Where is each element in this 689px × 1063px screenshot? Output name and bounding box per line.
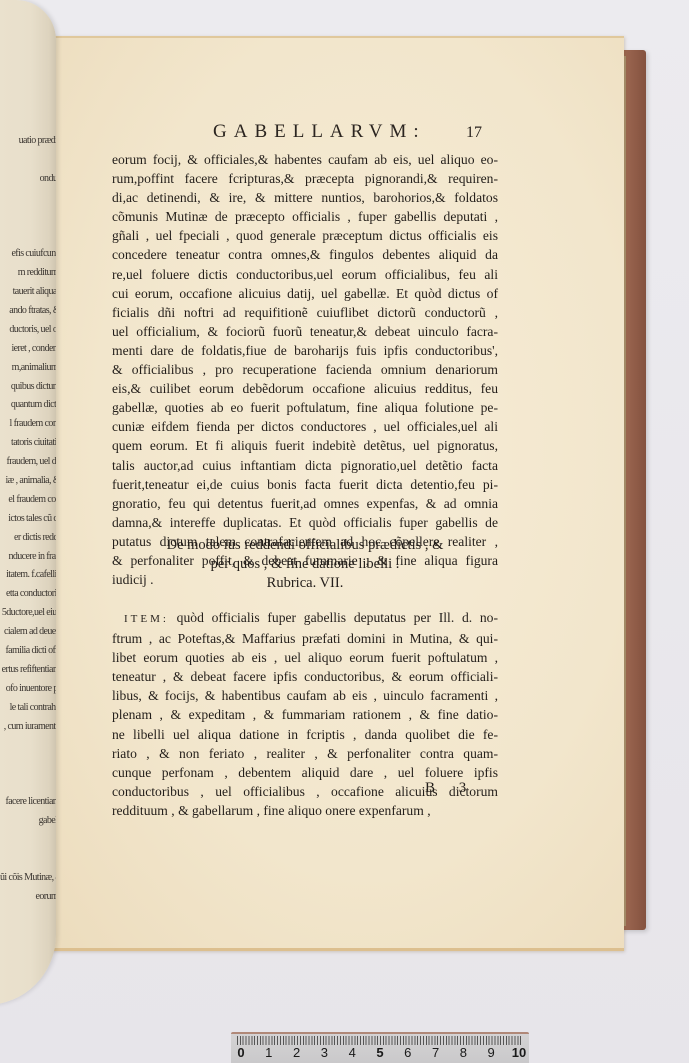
text-line: plenam , & expeditam , & fummariam ratio… <box>112 705 498 724</box>
ruler-label: 2 <box>289 1045 305 1063</box>
left-page-line: ertus refiftentiam <box>0 661 56 680</box>
ruler-label: 6 <box>400 1045 416 1063</box>
left-page-line: quantum dicta <box>0 396 56 415</box>
ruler-label: 1 <box>261 1045 277 1063</box>
left-page-line: fraudem, uel de <box>0 453 56 472</box>
left-page-line: el fraudem con <box>0 491 56 510</box>
paragraph-1: eorum focij, & officiales,& habentes cau… <box>112 150 498 589</box>
text-line: teneatur , & debeat facere ipfis conduct… <box>112 667 498 686</box>
text-line: ficialis dñi noftri ad requifitionẽ cuiu… <box>112 303 498 322</box>
left-page-line: etta conductoris <box>0 585 56 604</box>
text-line: reddituum , & gabellarum , fine aliquo o… <box>112 801 498 820</box>
left-page-line: efis cuiufcunq <box>0 245 56 264</box>
text-line: uel officialium, & fociorũ fuorũ teneatu… <box>112 322 498 341</box>
ruler-labels: 012345678910 <box>233 1045 527 1063</box>
left-page-line: m redditum, <box>0 264 56 283</box>
left-page-line <box>0 850 56 869</box>
text-line: re,uel foluere dictis conductoribus,uel … <box>112 265 498 284</box>
text-line: riato , & non feriato , realiter , & per… <box>112 744 498 763</box>
left-page-line: ondu- <box>0 170 56 189</box>
left-page-line: ando ftratas, & <box>0 302 56 321</box>
ruler-label: 4 <box>344 1045 360 1063</box>
scale-ruler: 012345678910 <box>231 1032 529 1063</box>
left-page-line <box>0 774 56 793</box>
left-page-text-fragments: uatio prædi-ondu-efis cuiufcunqm redditu… <box>0 132 56 907</box>
left-page-line <box>0 737 56 756</box>
ruler-label: 8 <box>455 1045 471 1063</box>
left-page-line: l fraudem com <box>0 415 56 434</box>
left-page-line: ũi cõis Mutinæ, & <box>0 869 56 888</box>
left-page-line: 5ductore,uel eius <box>0 604 56 623</box>
left-page-line <box>0 831 56 850</box>
left-page-line <box>0 226 56 245</box>
text-line: ne libelli uel aliqua datione in fcripti… <box>112 725 498 744</box>
left-page-line: ductoris, uel of <box>0 321 56 340</box>
left-page-line <box>0 151 56 170</box>
ruler-label: 7 <box>428 1045 444 1063</box>
left-page-line <box>0 189 56 208</box>
running-head: GABELLARVM: <box>213 121 426 143</box>
left-page-line: itatem. f.cafellis <box>0 566 56 585</box>
left-page-line: iæ , animalia, & <box>0 472 56 491</box>
text-line: gabellæ, quoties ab eo fuerit poftulatum… <box>112 398 498 417</box>
text-line: menti dare de foldatis,fiue de barohariј… <box>112 341 498 360</box>
left-page-line: ofo inuentore pi <box>0 680 56 699</box>
text-line: quem eorum. Et fi aliquis fuerit indebit… <box>112 436 498 455</box>
left-page-line: quibus dictum <box>0 378 56 397</box>
text-line: libus, & focijs, & habentibus caufam ab … <box>112 686 498 705</box>
text-span: quòd officialis fuper gabellis deputatus… <box>169 610 498 625</box>
rubric-heading: De modo ius reddendi officialibus prædic… <box>112 536 498 593</box>
signature-mark: B 3 <box>425 780 476 797</box>
left-page-line: , cum iuramento <box>0 718 56 737</box>
text-line: concedere teneatur contra omnes,& fingul… <box>112 245 498 264</box>
paragraph-lead-word: ITEM: <box>124 613 169 625</box>
rubric-line: De modo ius reddendi officialibus prædic… <box>112 536 498 555</box>
text-line: damna,& intereffe duplicatas. Et quòd of… <box>112 513 498 532</box>
left-page-line: m,animalium, <box>0 359 56 378</box>
text-line: ftrum , ac Poteftas,& Maffarius præfati … <box>112 629 498 648</box>
left-page-line: facere licentiam <box>0 793 56 812</box>
text-line: cõmunis Mutinæ de præcepto officialis , … <box>112 207 498 226</box>
left-page-line: le tali contraho <box>0 699 56 718</box>
left-page-line: ictos tales cũ di <box>0 510 56 529</box>
left-page-line: er dictis reddi <box>0 529 56 548</box>
ruler-label: 3 <box>316 1045 332 1063</box>
text-line: fuerit,teneatur ei,de cuius bonis facta … <box>112 475 498 494</box>
left-page-line: uatio prædi- <box>0 132 56 151</box>
text-line: cuniæ eifdem fienda per dictos conductor… <box>112 417 498 436</box>
text-line: gñali , uel fpeciali , quod generale præ… <box>112 226 498 245</box>
left-page-line: tatoris ciuitatis <box>0 434 56 453</box>
left-page-line: nducere in frau <box>0 548 56 567</box>
left-page-line: cialem ad deuen <box>0 623 56 642</box>
text-line: rum,poffint facere fcripturas,& præcepta… <box>112 169 498 188</box>
ruler-label: 10 <box>511 1045 527 1063</box>
ruler-label: 0 <box>233 1045 249 1063</box>
left-page-curl: uatio prædi-ondu-efis cuiufcunqm redditu… <box>0 0 56 1005</box>
left-page-line: ieret , condem <box>0 340 56 359</box>
text-line: & officialibus , pro recuperatione facie… <box>112 360 498 379</box>
rubric-line: Rubrica. VII. <box>112 574 498 593</box>
text-line: cui eorum, occafione alicuius datij, uel… <box>112 284 498 303</box>
ruler-ticks <box>237 1036 523 1045</box>
text-line: eorum focij, & officiales,& habentes cau… <box>112 150 498 169</box>
text-line: di,ac detinendi, & ire, & mittere nuntio… <box>112 188 498 207</box>
left-page-line: gabel- <box>0 812 56 831</box>
ruler-label: 5 <box>372 1045 388 1063</box>
ruler-label: 9 <box>483 1045 499 1063</box>
text-line: gnoratio, feu qui detentus fuerit,ad omn… <box>112 494 498 513</box>
left-page-line: familia dicti offi <box>0 642 56 661</box>
page-number: 17 <box>466 124 482 142</box>
left-page-line: tauerit aliquas <box>0 283 56 302</box>
left-page-line <box>0 755 56 774</box>
text-line: cunque perfonam , debentem aliquid dare … <box>112 763 498 782</box>
rubric-line: per quos , & fine datione libelli . <box>112 555 498 574</box>
text-line: ITEM: quòd officialis fuper gabellis dep… <box>112 608 498 629</box>
left-page-line: eorum. <box>0 888 56 907</box>
text-line: eis,& cuilibet eorum debẽdorum occafione… <box>112 379 498 398</box>
text-line: libet eorum quoties ab eis , uel aliquo … <box>112 648 498 667</box>
left-page-line <box>0 208 56 227</box>
text-line: talis auctor,ad cuius inftantiam dicta p… <box>112 456 498 475</box>
